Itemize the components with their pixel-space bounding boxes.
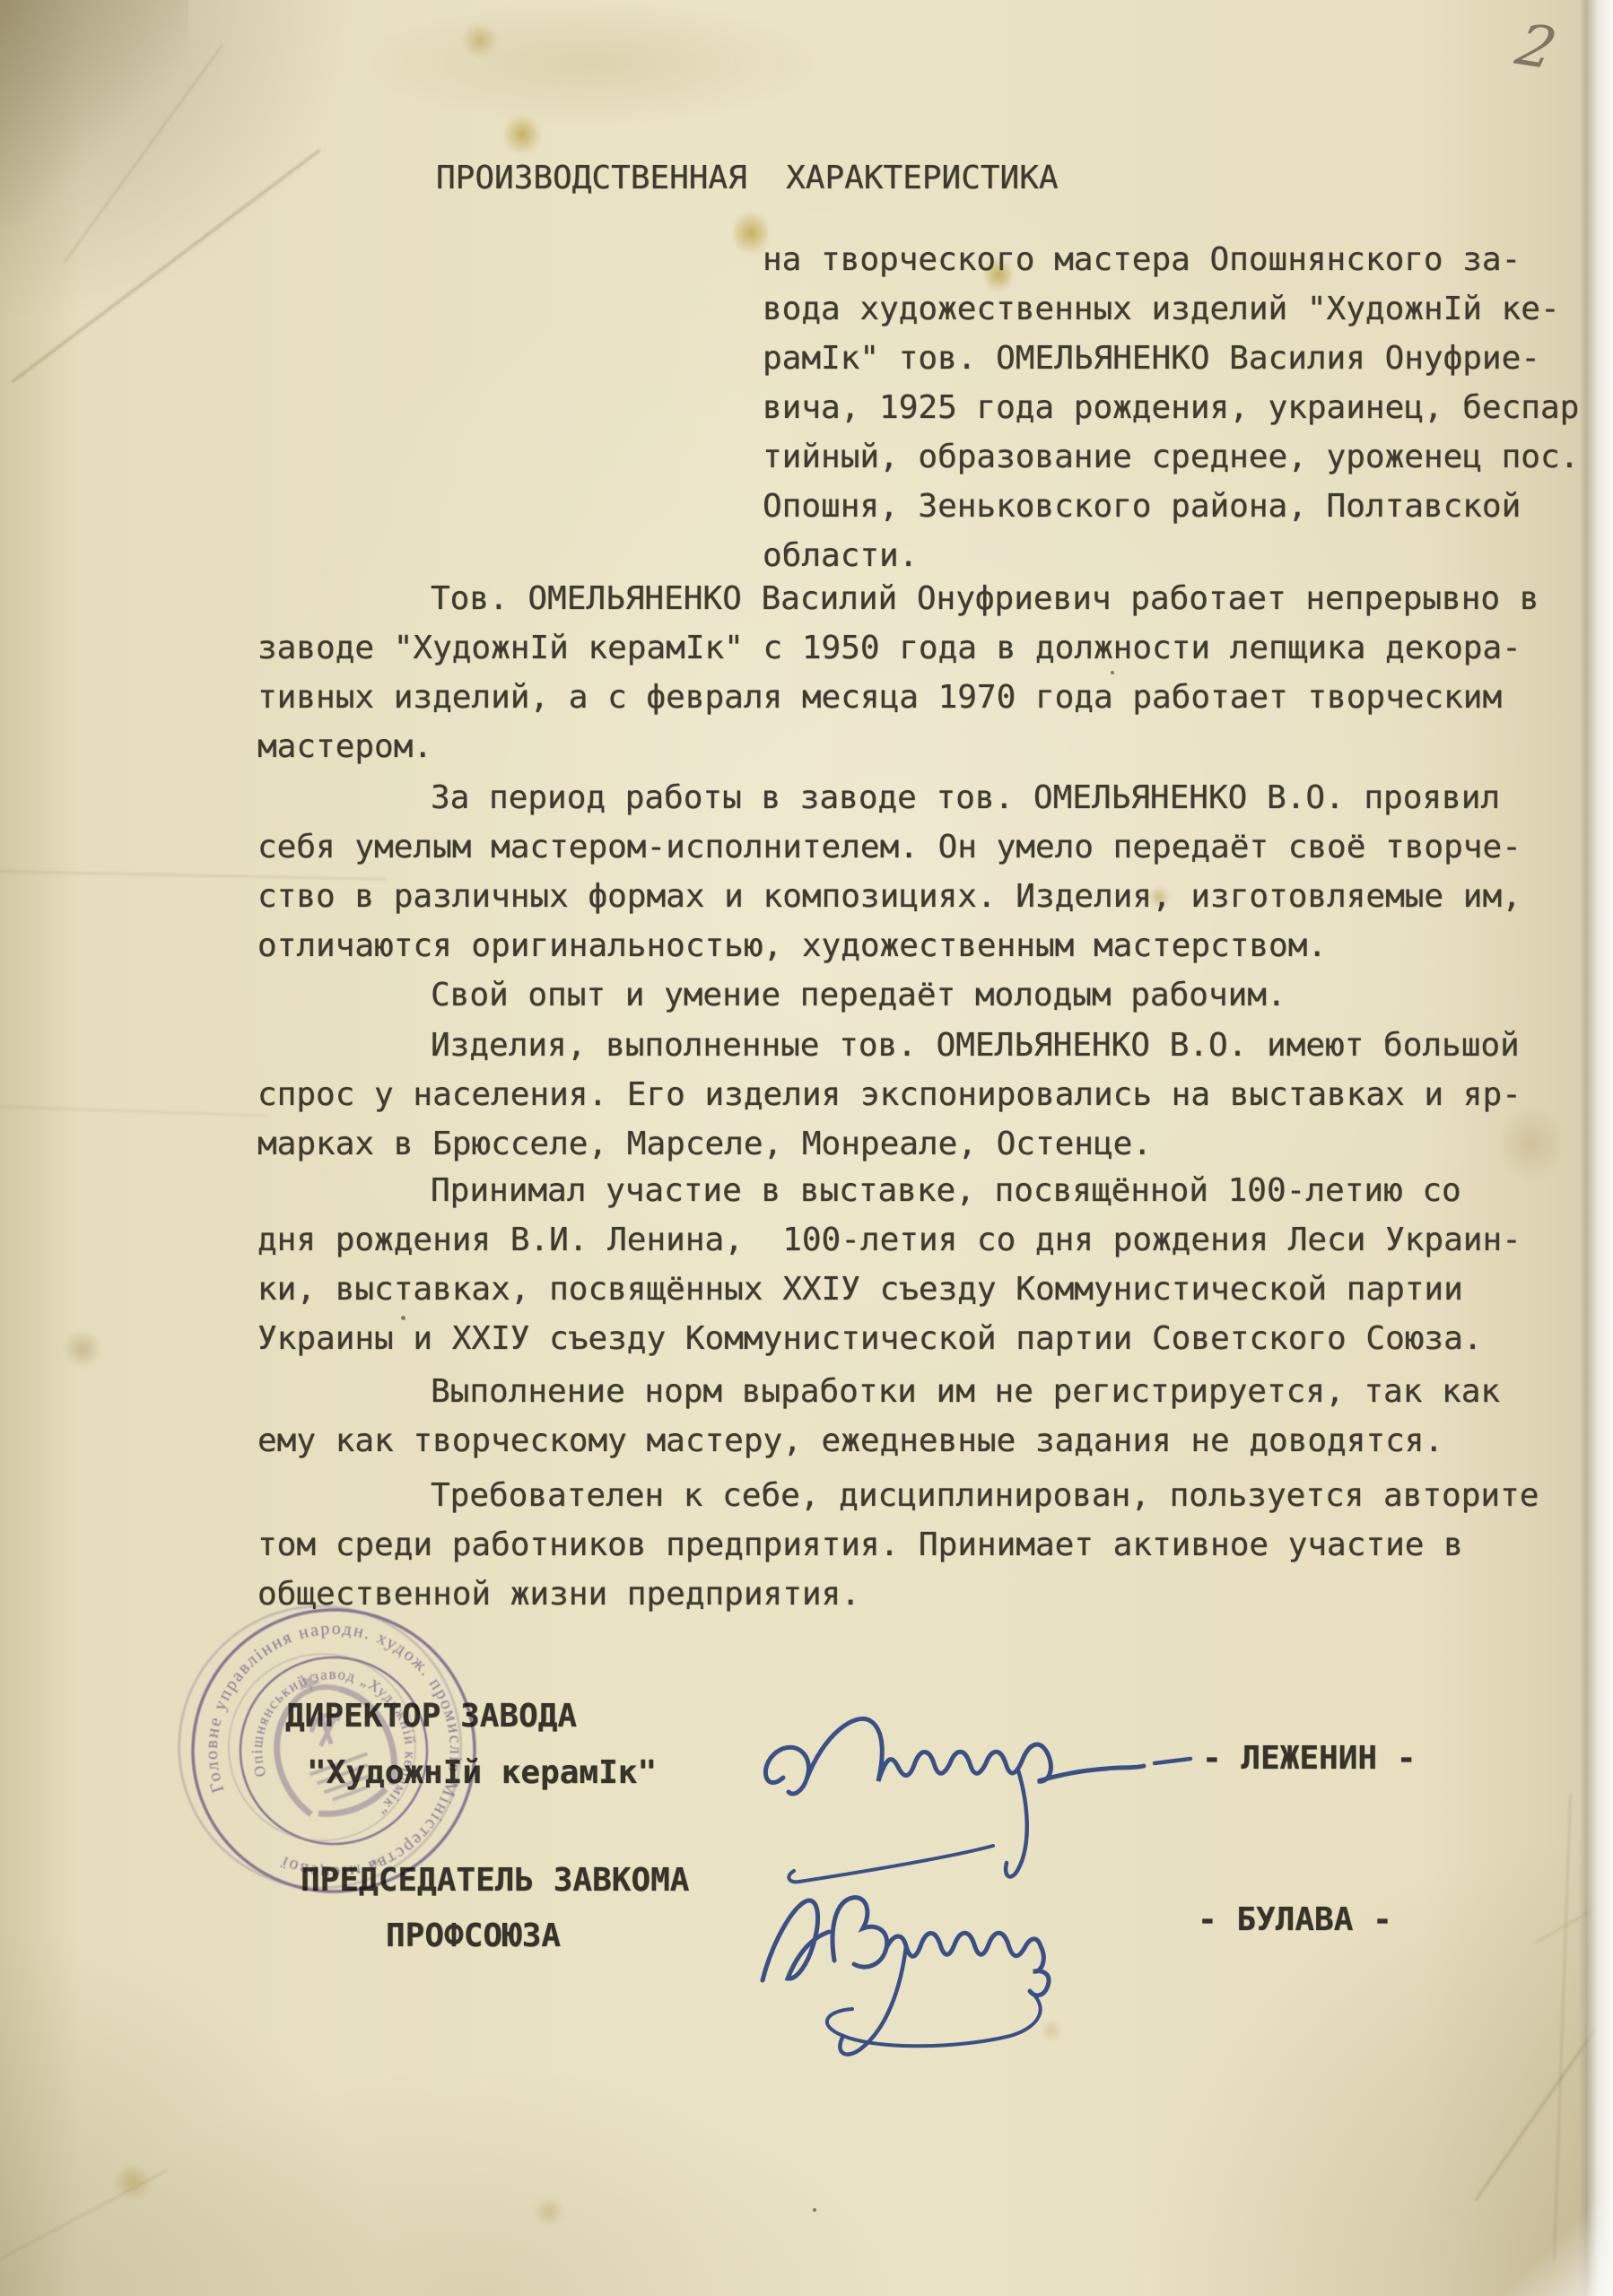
director-name: - ЛЕЖЕНИН - [1202, 1740, 1416, 1777]
body-paragraph: Принимал участие в выставке, посвящённой… [257, 1166, 1521, 1363]
scan-edge [1579, 0, 1613, 2296]
intro-paragraph: на творческого мастера Опошнянского за-в… [763, 235, 1579, 580]
text-line: отличаются оригинальностью, художественн… [257, 921, 1521, 970]
paper-stain [359, 0, 825, 126]
paper-speck [813, 2208, 816, 2212]
text-line: рамІк" тов. ОМЕЛЬЯНЕНКО Василия Онуфрие- [763, 334, 1579, 383]
paper-stain [459, 25, 501, 56]
svg-text:Головне управління народн. худ: Головне управління народн. худож. промис… [164, 1581, 502, 1919]
text-line: дня рождения В.И. Ленина, 100-летия со д… [257, 1215, 1521, 1265]
paper-stain [504, 113, 540, 156]
text-line: Требователен к себе, дисциплинирован, по… [257, 1471, 1539, 1520]
text-line: спрос у населения. Его изделия экспониро… [257, 1070, 1521, 1119]
text-line: тийный, образование среднее, уроженец по… [763, 432, 1579, 482]
body-paragraph: Изделия, выполненные тов. ОМЕЛЬЯНЕНКО В.… [257, 1021, 1521, 1169]
document-title: ПРОИЗВОДСТВЕННАЯ ХАРАКТЕРИСТИКА [436, 160, 1059, 196]
stamp-outer-text: Головне управління народн. худож. промис… [164, 1581, 502, 1919]
chairman-signature [745, 1846, 1175, 2057]
paper-stain [63, 1329, 102, 1369]
text-line: себя умелым мастером-исполнителем. Он ум… [257, 822, 1521, 872]
text-line: Украины и ХХІУ съезду Коммунистической п… [257, 1314, 1521, 1363]
body-paragraph: Тов. ОМЕЛЬЯНЕНКО Василий Онуфриевич рабо… [257, 574, 1539, 771]
text-line: вича, 1925 года рождения, украинец, бесп… [763, 383, 1579, 432]
body-paragraph: Свой опыт и умение передаёт молодым рабо… [257, 970, 1286, 1020]
scan-edge-corner [1505, 2152, 1613, 2296]
paper-stain [531, 2199, 567, 2224]
paper-stain [111, 2165, 154, 2199]
text-line: Тов. ОМЕЛЬЯНЕНКО Василий Онуфриевич рабо… [257, 574, 1539, 623]
text-line: на творческого мастера Опошнянского за- [763, 235, 1579, 284]
text-line: тивных изделий, а с февраля месяца 1970 … [257, 673, 1539, 722]
text-line: За период работы в заводе тов. ОМЕЛЬЯНЕН… [257, 773, 1521, 822]
svg-text:Опішнянський завод „Художній к: Опішнянський завод „Художній керамік“ [224, 1641, 442, 1857]
top-left-fold-shadow [0, 0, 188, 224]
text-line: марках в Брюсселе, Марселе, Монреале, Ос… [257, 1119, 1521, 1169]
stamp-inner-text: Опішнянський завод „Художній керамік“ [224, 1641, 442, 1857]
text-line: заводе "ХудожнІй керамІк" с 1950 года в … [257, 623, 1539, 673]
chairman-name: - БУЛАВА - [1198, 1901, 1392, 1938]
text-line: ему как творческому мастеру, ежедневные … [257, 1416, 1500, 1465]
text-line: области. [763, 531, 1579, 580]
text-line: ки, выставках, посвящённых ХХІУ съезду К… [257, 1265, 1521, 1314]
text-line: Выполнение норм выработки им не регистри… [257, 1367, 1500, 1416]
text-line: вода художественных изделий "ХудожнІй ке… [763, 284, 1579, 334]
body-paragraph: За период работы в заводе тов. ОМЕЛЬЯНЕН… [257, 773, 1521, 970]
text-line: Опошня, Зеньковского района, Полтавской [763, 482, 1579, 531]
text-line: Принимал участие в выставке, посвящённой… [257, 1166, 1521, 1215]
text-line: Изделия, выполненные тов. ОМЕЛЬЯНЕНКО В.… [257, 1021, 1521, 1070]
text-line: Свой опыт и умение передаёт молодым рабо… [257, 970, 1286, 1020]
factory-stamp: Головне управління народн. худож. промис… [106, 1523, 563, 1980]
text-line: мастером. [257, 722, 1539, 771]
text-line: ство в различных формах и композициях. И… [257, 872, 1521, 921]
body-paragraph: Выполнение норм выработки им не регистри… [257, 1367, 1500, 1465]
